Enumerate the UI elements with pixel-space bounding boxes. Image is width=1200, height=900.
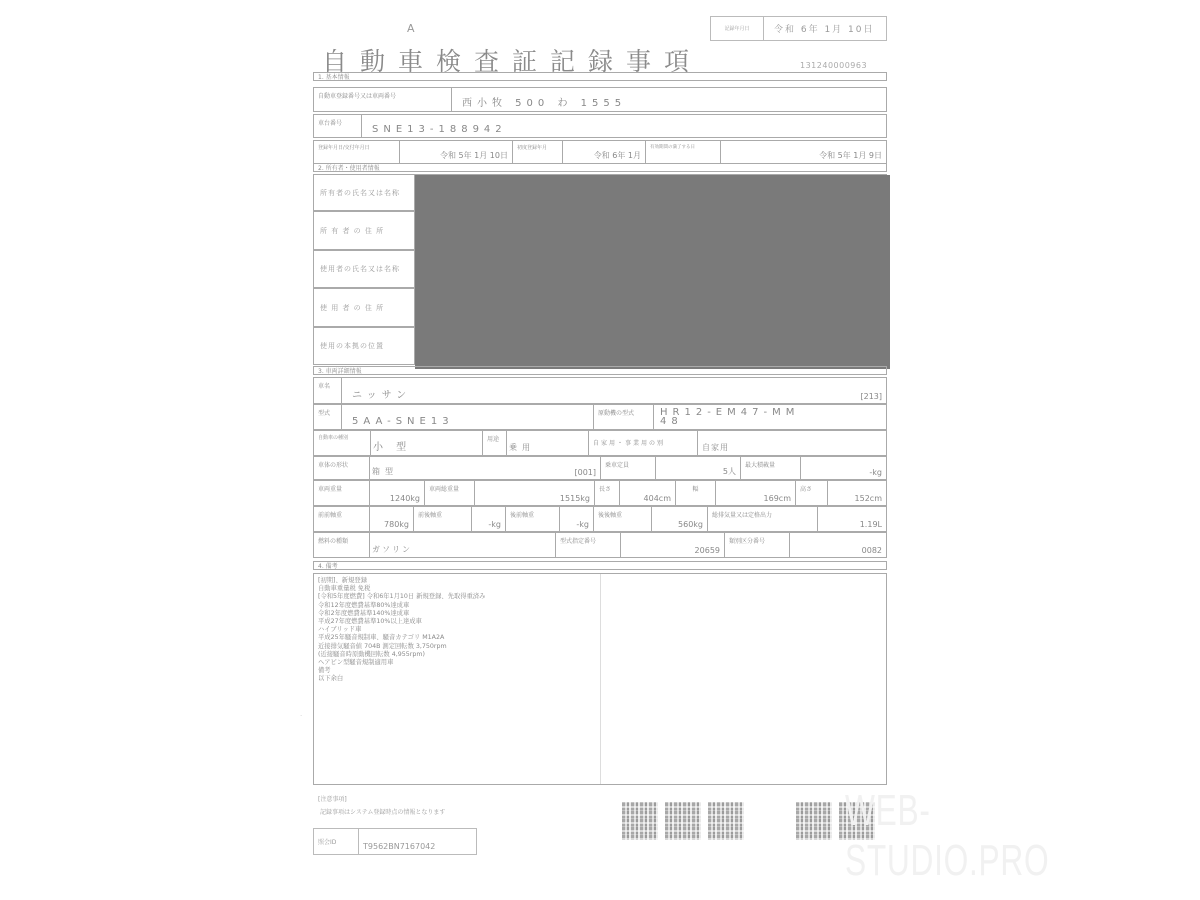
maker-label: 車名 (314, 378, 341, 393)
remarks-divider (600, 574, 601, 784)
page-mark: A (407, 22, 415, 35)
rr-label: 後後軸重 (594, 507, 651, 522)
model-value: 5AA-SNE13 (352, 416, 454, 427)
weight-row: 車両重量 1240kg 車両総重量 1515kg 長さ 404cm 幅 169c… (313, 480, 887, 506)
kind-value: 小 型 (373, 438, 411, 453)
rr-value: 560kg (678, 520, 703, 529)
rf-value: -kg (576, 520, 589, 529)
displacement-value: 1.19L (860, 520, 882, 529)
first-reg-value: 令和 5年 1月 10日 (440, 150, 508, 161)
engine-value-2: 48 (660, 417, 880, 426)
max-load-label: 最大積載量 (741, 457, 800, 472)
rf-label: 後前軸重 (506, 507, 559, 522)
watermark: WEB-STUDIO.PRO (845, 786, 1101, 886)
model-label: 型式 (314, 405, 341, 420)
fuel-row: 燃料の種類 ガソリン 型式指定番号 20659 類別区分番号 0082 (313, 532, 887, 558)
remarks-text: [初期]、新規登録 自動車重量税 免税 [令和5年度燃費] 令和6年1月10日 … (318, 577, 485, 684)
section-4-heading: 4. 備考 (313, 561, 887, 570)
first-year-label: 初度登録年月 (513, 141, 562, 154)
section-2-heading: 2. 所有者・使用者情報 (313, 163, 887, 172)
dates-row: 登録年月日/交付年月日 令和 5年 1月 10日 初度登録年月 令和 6年 1月… (313, 140, 887, 164)
registration-row: 自動車登録番号又は車両番号 西小牧 500 わ 1555 (313, 87, 887, 112)
ff-label: 前前軸重 (314, 507, 369, 522)
body-label: 車体の形状 (314, 457, 369, 472)
chassis-row: 車台番号 SNE13-188942 (313, 114, 887, 138)
fr-value: -kg (488, 520, 501, 529)
qr-code-icon (665, 802, 701, 840)
engine-value-1: HR12-EM47-MM (660, 408, 880, 417)
weight-value: 1240kg (390, 494, 420, 503)
record-date-box: 記録年月日 令和 6年 1月 10日 (710, 16, 887, 41)
body-row: 車体の形状 箱型[001] 乗車定員 5人 最大積載量 -kg (313, 456, 887, 480)
registration-value: 西小牧 500 わ 1555 (462, 94, 626, 109)
record-date-value: 令和 6年 1月 10日 (764, 17, 886, 40)
weight-label: 車両重量 (314, 481, 369, 496)
gross-label: 車両総重量 (425, 481, 474, 496)
max-load-value: -kg (869, 468, 882, 477)
chassis-label: 車台番号 (314, 115, 361, 130)
gross-value: 1515kg (560, 494, 590, 503)
body-code: [001] (574, 468, 596, 477)
fr-label: 前後軸重 (414, 507, 471, 522)
capacity-label: 乗車定員 (601, 457, 655, 472)
expiry-label: 有効期間の満了する日 (646, 141, 720, 153)
capacity-value: 5人 (723, 466, 736, 477)
qr-code-icon (708, 802, 744, 840)
notes-heading: [注意事項] (318, 794, 347, 803)
length-value: 404cm (644, 494, 671, 503)
kind-label: 自動車の種別 (314, 431, 370, 444)
kind-row: 自動車の種別 小 型 用途 乗用 自家用・事業用の別 自家用 (313, 430, 887, 456)
use-value: 乗用 (509, 442, 535, 453)
width-label: 幅 (676, 481, 715, 496)
qr-code-icon (796, 802, 832, 840)
ff-value: 780kg (384, 520, 409, 529)
first-reg-label: 登録年月日/交付年月日 (314, 141, 399, 154)
section-3-heading: 3. 車両詳細情報 (313, 366, 887, 375)
use-label: 用途 (483, 431, 506, 446)
private-value: 自家用 (702, 442, 729, 453)
notes-text: 記録事項はシステム登録時点の情報となります (320, 807, 445, 816)
remarks-box: [初期]、新規登録 自動車重量税 免税 [令和5年度燃費] 令和6年1月10日 … (313, 573, 887, 785)
height-label: 高さ (796, 481, 827, 496)
type-approval-value: 20659 (695, 546, 720, 555)
model-row: 型式 5AA-SNE13 原動機の型式 HR12-EM47-MM 48 (313, 404, 887, 430)
inquiry-id-value: T9562BN7167042 (359, 829, 476, 854)
expiry-value: 令和 5年 1月 9日 (819, 150, 882, 161)
inquiry-id-box: 照会ID T9562BN7167042 (313, 828, 477, 855)
private-label: 自家用・事業用の別 (589, 431, 697, 450)
category-label: 類別区分番号 (725, 533, 789, 548)
body-value: 箱型 (372, 466, 398, 477)
fuel-label: 燃料の種類 (314, 533, 369, 548)
width-value: 169cm (764, 494, 791, 503)
registration-label: 自動車登録番号又は車両番号 (314, 88, 451, 103)
maker-value: ニッサン (352, 386, 411, 401)
length-label: 長さ (595, 481, 619, 496)
first-year-value: 令和 6年 1月 (594, 150, 641, 161)
maker-row: 車名 ニッサン[213] (313, 377, 887, 404)
margin-mark: · (300, 712, 302, 720)
height-value: 152cm (855, 494, 882, 503)
record-date-label: 記録年月日 (711, 17, 764, 40)
redaction-block (415, 175, 890, 369)
displacement-label: 総排気量又は定格出力 (708, 507, 817, 522)
engine-label: 原動機の型式 (594, 405, 653, 420)
inquiry-id-label: 照会ID (314, 829, 359, 854)
qr-code-icon (622, 802, 658, 840)
maker-code: [213] (860, 392, 882, 401)
axle-row: 前前軸重 780kg 前後軸重 -kg 後前軸重 -kg 後後軸重 560kg … (313, 506, 887, 532)
category-value: 0082 (862, 546, 882, 555)
type-approval-label: 型式指定番号 (556, 533, 620, 548)
section-1-heading: 1. 基本情報 (313, 72, 887, 81)
fuel-value: ガソリン (372, 544, 412, 555)
document-number: 131240000963 (800, 61, 867, 70)
chassis-value: SNE13-188942 (372, 124, 507, 135)
